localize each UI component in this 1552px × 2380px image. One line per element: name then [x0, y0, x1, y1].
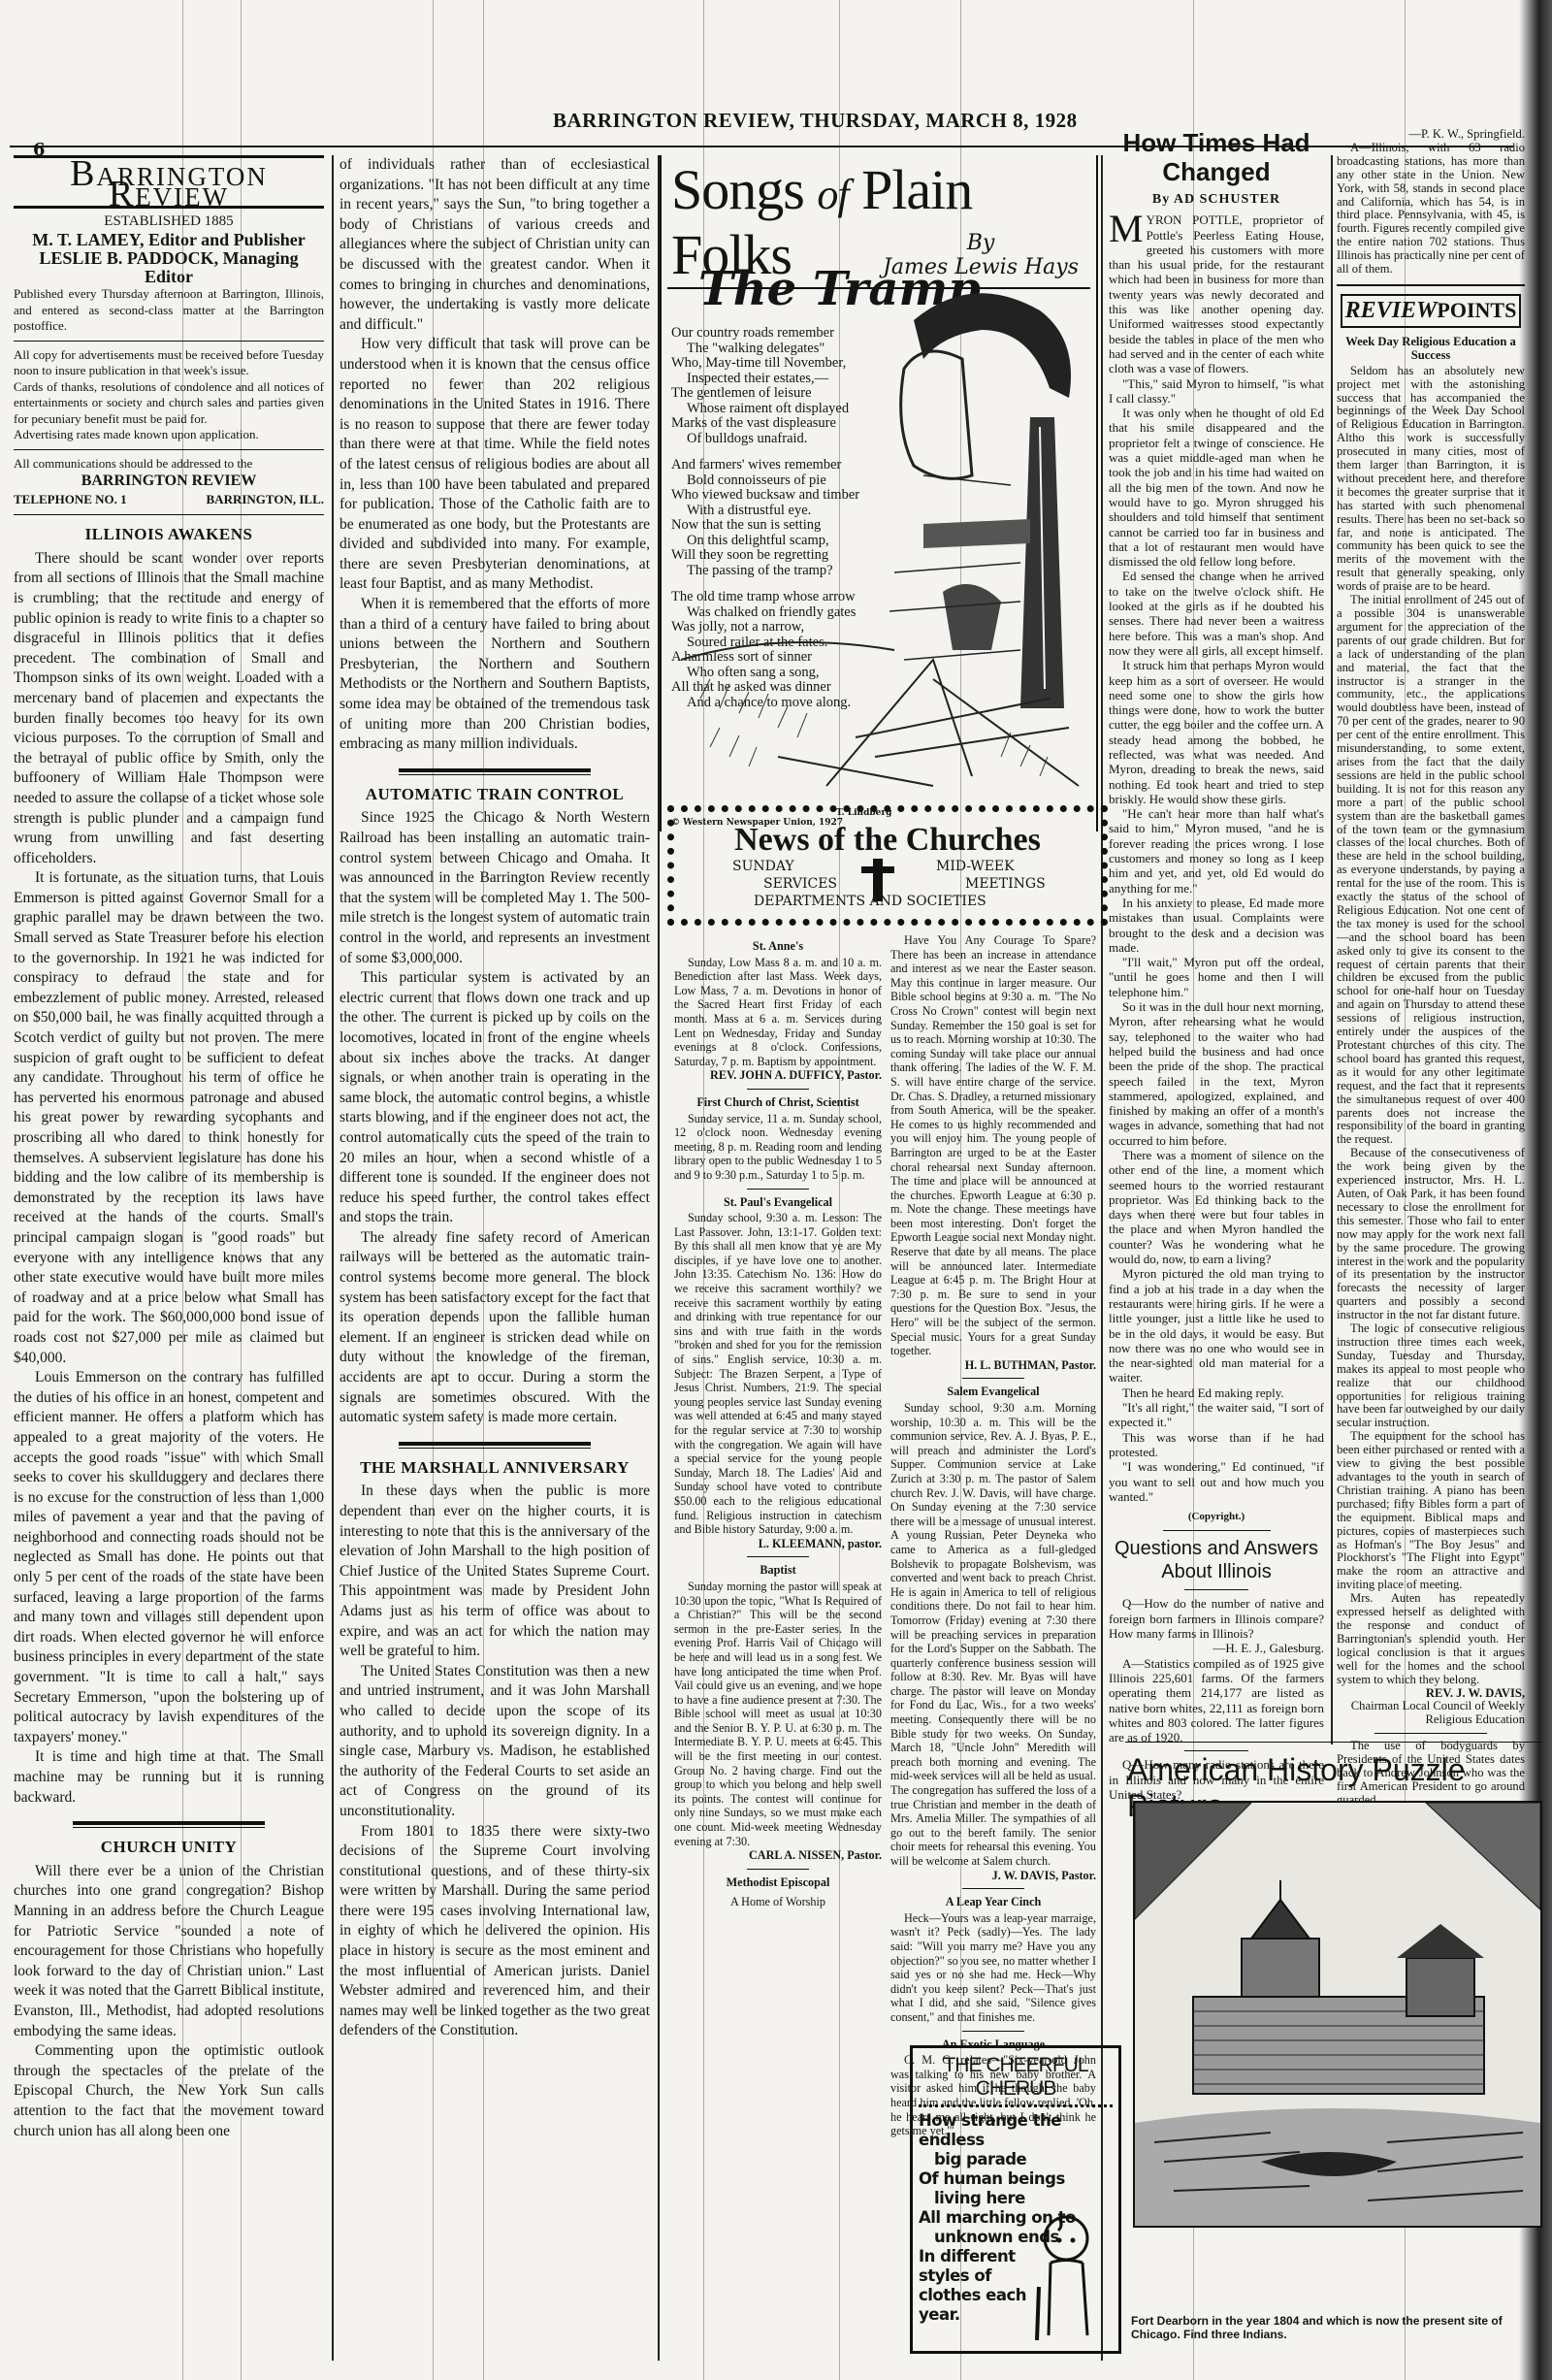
story-paragraph: "He can't hear more than half what's sai…	[1109, 806, 1324, 896]
article-paragraph: Commenting upon the optimistic outlook t…	[14, 2041, 324, 2141]
cherub-line: Of human beings	[919, 2169, 1113, 2189]
church-signature: REV. JOHN A. DUFFICY, Pastor.	[674, 1068, 882, 1083]
poem-line: Bold connoisseurs of pie	[671, 473, 859, 489]
poem-line: And farmers' wives remember	[671, 458, 859, 473]
article-paragraph: Louis Emmerson on the contrary has fulfi…	[14, 1368, 324, 1747]
church-subheading: A Home of Worship	[674, 1895, 882, 1909]
poem-line: Our country roads remember	[671, 326, 859, 342]
rates-notice: Advertising rates made known upon applic…	[14, 427, 324, 443]
headline-marshall: THE MARSHALL ANNIVERSARY	[339, 1458, 650, 1479]
article-paragraph: The United States Constitution was then …	[339, 1662, 650, 1822]
column-rule	[1331, 155, 1333, 1744]
cherub-line: How strange the endless	[919, 2111, 1113, 2150]
headline-train-control: AUTOMATIC TRAIN CONTROL	[339, 785, 650, 805]
poem-line: The gentlemen of leisure	[671, 386, 859, 402]
article-paragraph: This particular system is activated by a…	[339, 968, 650, 1228]
story-paragraph: It was only when he thought of old Ed th…	[1109, 406, 1324, 569]
poem-line: The passing of the tramp?	[671, 564, 859, 579]
poem-line: Will they soon be regretting	[671, 548, 859, 564]
story-paragraph: "It's all right," the waiter said, "I so…	[1109, 1400, 1324, 1430]
story-paragraph: There was a moment of silence on the oth…	[1109, 1148, 1324, 1266]
churches-title: News of the Churches	[674, 812, 1101, 859]
story-paragraph: "I was wondering," Ed continued, "if you…	[1109, 1459, 1324, 1504]
cherub-line: living here	[919, 2189, 1113, 2208]
poem-line: Was chalked on friendly gates	[671, 605, 859, 621]
section-rule	[73, 1821, 265, 1828]
filler-text: Heck—Yours was a leap-year marraige, was…	[890, 1911, 1096, 2025]
column-rule	[332, 155, 334, 2361]
filler-heading: A Leap Year Cinch	[890, 1895, 1096, 1909]
cherub-line: big parade	[919, 2150, 1113, 2169]
church-signature: CARL A. NISSEN, Pastor.	[674, 1848, 882, 1863]
copy-notice: All copy for advertisements must be rece…	[14, 347, 324, 379]
column-rule	[1101, 155, 1103, 2361]
article-paragraph: It is time and high time at that. The Sm…	[14, 1747, 324, 1808]
editorial-paragraph: Mrs. Auten has repeatedly expressed hers…	[1337, 1592, 1525, 1686]
church-heading: Methodist Episcopal	[674, 1875, 882, 1890]
qa-answer: A—Illinois, with 63 radio broadcasting s…	[1337, 142, 1525, 277]
story-paragraph: "I'll wait," Myron put off the ordeal, "…	[1109, 955, 1324, 999]
article-paragraph: In these days when the public is more de…	[339, 1482, 650, 1661]
reviewpoints-column: —P. K. W., Springfield. A—Illinois, with…	[1337, 128, 1525, 1808]
publication-notice: Published every Thursday afternoon at Ba…	[14, 286, 324, 335]
article-paragraph: There should be scant wonder over report…	[14, 549, 324, 869]
established: ESTABLISHED 1885	[14, 212, 324, 231]
qa-sender: —H. E. J., Galesburg.	[1109, 1641, 1324, 1655]
church-heading: First Church of Christ, Scientist	[674, 1095, 882, 1110]
fort-dearborn-illustration	[1133, 1801, 1542, 2228]
poem-line: Of bulldogs unafraid.	[671, 432, 859, 447]
article-paragraph: How very difficult that task will prove …	[339, 335, 650, 595]
church-heading: Salem Evangelical	[890, 1385, 1096, 1399]
article-paragraph: Since 1925 the Chicago & North Western R…	[339, 808, 650, 968]
poem-line: With a distrustful eye.	[671, 504, 859, 519]
qa-question: Q—How do the number of native and foreig…	[1109, 1596, 1324, 1641]
songs-of-plain-folks: Songs of Plain Folks By James Lewis Hays…	[660, 155, 1098, 831]
cheerful-cherub: THE CHEERFUL CHERUB How strange the endl…	[910, 2045, 1121, 2354]
label-departments: DEPARTMENTS AND SOCIETIES	[754, 894, 986, 909]
poem-line: The "walking delegates"	[671, 342, 859, 357]
church-notice: Sunday school, 9:30 a. m. Lesson: The La…	[674, 1211, 882, 1537]
church-notice: Sunday school, 9:30 a.m. Morning worship…	[890, 1401, 1096, 1869]
article-paragraph: Will there ever be a union of the Christ…	[14, 1862, 324, 2041]
news-of-churches-banner: News of the Churches SUNDAY SERVICES MID…	[667, 805, 1108, 926]
cards-notice: Cards of thanks, resolutions of condolen…	[14, 379, 324, 428]
story-paragraph: It struck him that perhaps Myron would k…	[1109, 658, 1324, 806]
section-rule	[399, 1442, 591, 1449]
qa-sender: —P. K. W., Springfield.	[1337, 128, 1525, 142]
poem-line: Marks of the vast displeasure	[671, 416, 859, 432]
story-paragraph: This was worse than if he had protested.	[1109, 1430, 1324, 1460]
story-paragraph: "This," said Myron to himself, "is what …	[1109, 376, 1324, 407]
how-times-had-changed: How Times Had Changed By AD SCHUSTER MYR…	[1109, 128, 1324, 1802]
article-paragraph: From 1801 to 1835 there were sixty-two d…	[339, 1822, 650, 2042]
churches-column-a: St. Anne's Sunday, Low Mass 8 a. m. and …	[674, 933, 882, 1911]
copyright-note: (Copyright.)	[1109, 1510, 1324, 1524]
reviewpoints-headline: Week Day Religious Education a Success	[1337, 336, 1525, 363]
church-notice: Have You Any Courage To Spare? There has…	[890, 933, 1096, 1358]
editorial-paragraph: Seldom has an absolutely new project met…	[1337, 365, 1525, 594]
label-sunday: SUNDAY	[732, 859, 794, 874]
qa-answer: A—Statistics compiled as of 1925 give Il…	[1109, 1656, 1324, 1745]
column-2: of individuals rather than of ecclesiast…	[339, 155, 650, 2041]
article-paragraph: of individuals rather than of ecclesiast…	[339, 155, 650, 335]
communications-notice: All communications should be addressed t…	[14, 456, 324, 473]
headline-illinois-awakens: ILLINOIS AWAKENS	[14, 525, 324, 545]
reviewpoints-banner: REVIEWPOINTS	[1341, 294, 1521, 328]
label-midweek: MID-WEEK	[936, 859, 1015, 874]
story-paragraph: Then he heard Ed making reply.	[1109, 1386, 1324, 1400]
story-paragraph: So it was in the dull hour next morning,…	[1109, 999, 1324, 1148]
drop-cap: M	[1109, 212, 1147, 245]
church-heading: St. Paul's Evangelical	[674, 1195, 882, 1210]
editorial-paragraph: The logic of consecutive religious instr…	[1337, 1322, 1525, 1430]
editorial-signature-title: Chairman Local Council of Weekly Religio…	[1337, 1700, 1525, 1727]
church-signature: H. L. BUTHMAN, Pastor.	[890, 1358, 1096, 1373]
story-byline: By AD SCHUSTER	[1109, 192, 1324, 207]
story-title: How Times Had Changed	[1109, 128, 1324, 186]
poem-line: On this delightful scamp,	[671, 534, 859, 549]
church-signature: J. W. DAVIS, Pastor.	[890, 1869, 1096, 1883]
label-meetings: MEETINGS	[965, 876, 1046, 892]
puzzle-rule	[1125, 1742, 1542, 1743]
story-paragraph: In his anxiety to please, Ed made more m…	[1109, 896, 1324, 955]
poem-line: Whose raiment oft displayed	[671, 402, 859, 417]
qa-title: Questions and Answers About Illinois	[1109, 1537, 1324, 1583]
editorial-paragraph: The initial enrollment of 245 out of a p…	[1337, 594, 1525, 1147]
masthead-info: ESTABLISHED 1885 M. T. LAMEY, Editor and…	[14, 209, 324, 515]
comm-name: BARRINGTON REVIEW	[14, 472, 324, 490]
editorial-paragraph: Because of the consecutiveness of the wo…	[1337, 1147, 1525, 1322]
editorial-paragraph: The equipment for the school has been ei…	[1337, 1430, 1525, 1592]
label-services: SERVICES	[763, 876, 837, 892]
puzzle-caption: Fort Dearborn in the year 1804 and which…	[1131, 2314, 1548, 2341]
article-paragraph: The already fine safety record of Americ…	[339, 1228, 650, 1428]
column-1: Barrington Review ESTABLISHED 1885 M. T.…	[14, 155, 324, 2141]
newspaper-page: 6 BARRINGTON REVIEW, THURSDAY, MARCH 8, …	[0, 0, 1552, 2380]
church-signature: L. KLEEMANN, pastor.	[674, 1537, 882, 1551]
city: BARRINGTON, ILL.	[207, 490, 324, 508]
telephone: TELEPHONE NO. 1	[14, 490, 127, 508]
editor: M. T. LAMEY, Editor and Publisher	[14, 231, 324, 249]
cherub-illustration	[1029, 2209, 1107, 2345]
poem-line: Who, May-time till November,	[671, 356, 859, 372]
headline-church-unity: CHURCH UNITY	[14, 1838, 324, 1858]
poem-line: Inspected their estates,—	[671, 372, 859, 387]
story-paragraph: Myron pictured the old man trying to fin…	[1109, 1266, 1324, 1385]
churches-column-b: Have You Any Courage To Spare? There has…	[890, 933, 1096, 2138]
church-heading: St. Anne's	[674, 939, 882, 954]
story-paragraph: Ed sensed the change when he arrived to …	[1109, 569, 1324, 658]
masthead-title: Barrington Review	[14, 155, 324, 209]
poem-line: Now that the sun is setting	[671, 518, 859, 534]
article-paragraph: It is fortunate, as the situation turns,…	[14, 868, 324, 1368]
church-notice: Sunday morning the pastor will speak at …	[674, 1580, 882, 1848]
church-notice: Sunday, Low Mass 8 a. m. and 10 a. m. Be…	[674, 956, 882, 1069]
article-paragraph: When it is remembered that the efforts o…	[339, 595, 650, 755]
cherub-title: THE CHEERFUL CHERUB	[919, 2048, 1113, 2107]
church-heading: Baptist	[674, 1563, 882, 1578]
fence-illustration	[681, 621, 1088, 805]
poem-line: The old time tramp whose arrow	[671, 590, 859, 605]
folio-header: BARRINGTON REVIEW, THURSDAY, MARCH 8, 19…	[553, 109, 1078, 133]
managing-editor: LESLIE B. PADDOCK, Managing Editor	[14, 249, 324, 286]
section-rule	[399, 768, 591, 775]
church-notice: Sunday service, 11 a. m. Sunday school, …	[674, 1112, 882, 1183]
editorial-signature: REV. J. W. DAVIS,	[1337, 1687, 1525, 1701]
poem-line: Who viewed bucksaw and timber	[671, 488, 859, 504]
